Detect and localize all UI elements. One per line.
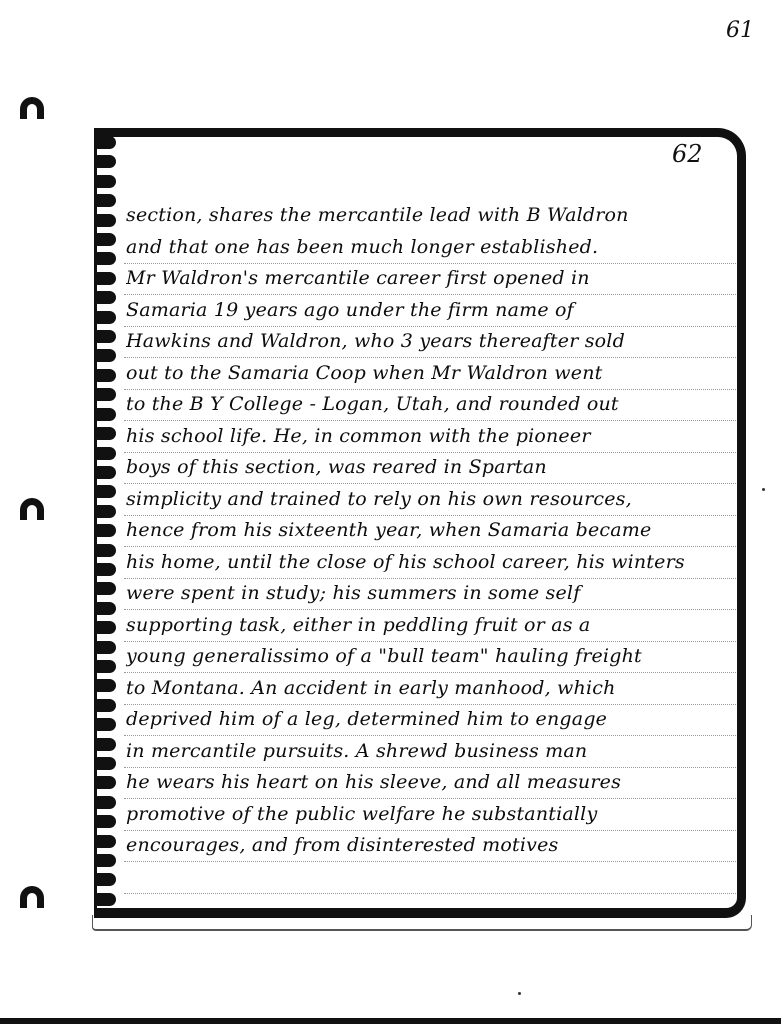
handwritten-text: section, shares the mercantile lead with… [126, 200, 738, 862]
outer-page-number: 61 [726, 18, 754, 43]
handwritten-line: simplicity and trained to rely on his ow… [126, 484, 738, 516]
spiral-coil-icon [96, 738, 116, 751]
spiral-coil-icon [96, 485, 116, 498]
spiral-coil-icon [96, 214, 116, 227]
spiral-coil-icon [96, 408, 116, 421]
handwritten-line: promotive of the public welfare he subst… [126, 799, 738, 831]
spiral-coil-icon [96, 272, 116, 285]
spiral-coil-icon [96, 427, 116, 440]
handwritten-line: Mr Waldron's mercantile career first ope… [126, 263, 738, 295]
spiral-coil-icon [96, 349, 116, 362]
spiral-coil-icon [96, 369, 116, 382]
handwritten-line: hence from his sixteenth year, when Sama… [126, 515, 738, 547]
spiral-coil-icon [96, 757, 116, 770]
spiral-coil-icon [96, 835, 116, 848]
spiral-coil-icon [96, 815, 116, 828]
binder-hole-bottom [20, 886, 44, 908]
handwritten-line: to Montana. An accident in early manhood… [126, 673, 738, 705]
spiral-coil-icon [96, 718, 116, 731]
spiral-coil-icon [96, 873, 116, 886]
spiral-coil-icon [96, 136, 116, 149]
spiral-coil-icon [96, 602, 116, 615]
handwritten-line: in mercantile pursuits. A shrewd busines… [126, 736, 738, 768]
spiral-coil-icon [96, 582, 116, 595]
handwritten-line: out to the Samaria Coop when Mr Waldron … [126, 358, 738, 390]
handwritten-line: he wears his heart on his sleeve, and al… [126, 767, 738, 799]
handwritten-line: Samaria 19 years ago under the firm name… [126, 295, 738, 327]
handwritten-line: to the B Y College - Logan, Utah, and ro… [126, 389, 738, 421]
handwritten-line: section, shares the mercantile lead with… [126, 200, 738, 232]
spiral-coil-icon [96, 155, 116, 168]
spiral-coil-icon [96, 679, 116, 692]
spiral-coil-icon [96, 505, 116, 518]
spiral-coil-icon [96, 233, 116, 246]
spiral-coil-icon [96, 447, 116, 460]
spiral-coil-icon [96, 660, 116, 673]
spiral-coil-icon [96, 854, 116, 867]
scan-speck [762, 488, 765, 491]
spiral-coil-icon [96, 252, 116, 265]
rule-line [124, 862, 736, 894]
handwritten-line: Hawkins and Waldron, who 3 years thereaf… [126, 326, 738, 358]
spiral-coil-icon [96, 330, 116, 343]
spiral-coil-icon [96, 641, 116, 654]
spiral-coil-icon [96, 311, 116, 324]
notebook-page-number: 62 [672, 140, 703, 168]
spiral-coil-icon [96, 466, 116, 479]
spiral-coil-icon [96, 621, 116, 634]
handwritten-line: were spent in study; his summers in some… [126, 578, 738, 610]
spiral-coil-icon [96, 699, 116, 712]
spiral-coil-icon [96, 544, 116, 557]
handwritten-line: supporting task, either in peddling frui… [126, 610, 738, 642]
scan-speck [518, 992, 521, 995]
spiral-coil-icon [96, 194, 116, 207]
spiral-coil-icon [96, 563, 116, 576]
spiral-coil-icon [96, 796, 116, 809]
spiral-coil-icon [96, 388, 116, 401]
handwritten-line: his school life. He, in common with the … [126, 421, 738, 453]
handwritten-line: his home, until the close of his school … [126, 547, 738, 579]
handwritten-line: deprived him of a leg, determined him to… [126, 704, 738, 736]
spiral-coil-icon [96, 776, 116, 789]
spiral-coil-icon [96, 175, 116, 188]
binder-hole-top [20, 97, 44, 119]
handwritten-line: young generalissimo of a "bull team" hau… [126, 641, 738, 673]
handwritten-line: and that one has been much longer establ… [126, 232, 738, 264]
spiral-coil-icon [96, 291, 116, 304]
spiral-coil-icon [96, 524, 116, 537]
handwritten-line: boys of this section, was reared in Spar… [126, 452, 738, 484]
handwritten-line: encourages, and from disinterested motiv… [126, 830, 738, 862]
binder-hole-middle [20, 498, 44, 520]
spiral-binding [96, 136, 122, 906]
spiral-coil-icon [96, 893, 116, 906]
scan-bottom-edge [0, 1018, 781, 1024]
